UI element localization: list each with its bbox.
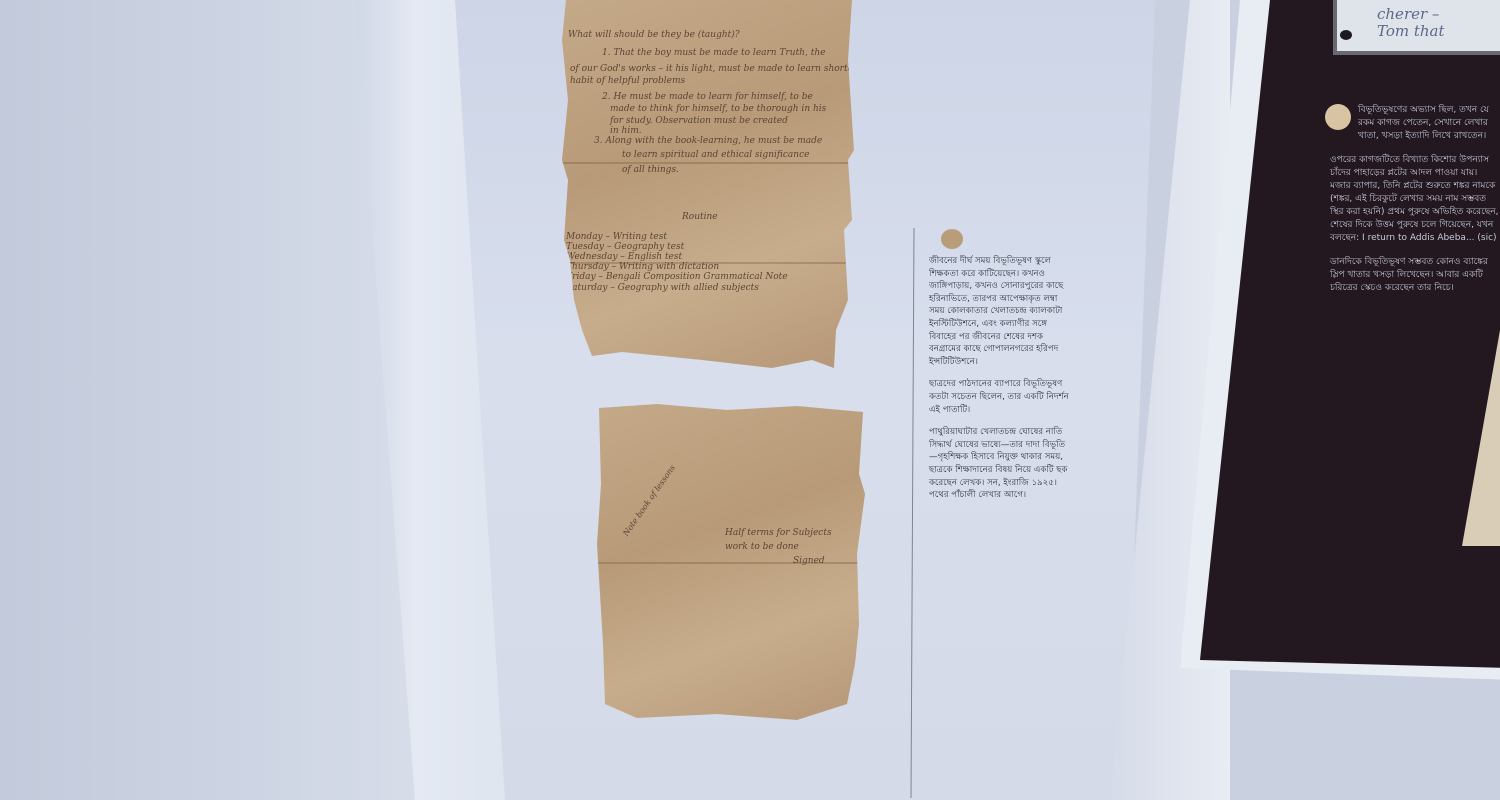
- manuscript-line: Half terms for Subjects: [725, 528, 832, 538]
- routine-row: Tuesday – Geography test: [566, 242, 684, 252]
- info-label: জীবনের দীর্ঘ সময় বিভূতিভূষণ স্কুলে শিক্…: [929, 255, 1069, 512]
- manuscript-line: made to think for himself, to be thoroug…: [610, 104, 826, 114]
- label-paragraph: ছাত্রদের পাঠদানের ব্যাপারে বিভূতিভূষণ কত…: [929, 378, 1069, 416]
- label-paragraph: পাথুরিয়াঘাটার খেলাতচন্দ্র ঘোষের নাতি সি…: [929, 426, 1069, 502]
- label-paragraph: জীবনের দীর্ঘ সময় বিভূতিভূষণ স্কুলে শিক্…: [929, 255, 1069, 368]
- margin-note: Note book of lessons: [621, 463, 677, 537]
- pin-icon: [1340, 30, 1352, 40]
- plaque-line: cherer –: [1377, 6, 1445, 23]
- routine-row: Wednesday – English test: [566, 252, 682, 262]
- plaque-line: Tom that: [1377, 23, 1445, 40]
- routine-row: Monday – Writing test: [566, 232, 667, 242]
- manuscript-page-top: What will should be they be (taught)? 1.…: [562, 0, 854, 368]
- board-paragraph: ওপরের কাগজটিতে বিখ্যাত কিশোর উপন্যাস চাঁ…: [1330, 154, 1500, 245]
- manuscript-line: of our God's works – it his light, must …: [570, 64, 857, 74]
- manuscript-line: 1. That the boy must be made to learn Tr…: [602, 48, 825, 58]
- routine-title: Routine: [682, 212, 718, 222]
- manuscript-line: to learn spiritual and ethical significa…: [622, 150, 809, 160]
- manuscript-line: in him.: [610, 126, 642, 136]
- board-paragraph: ডানদিকে বিভূতিভূষণ সম্ভবত কোনও ব্যাঙ্কের…: [1330, 256, 1500, 295]
- manuscript-line: work to be done: [725, 542, 799, 552]
- signature: Signed: [793, 556, 825, 566]
- fold-line: [562, 162, 854, 164]
- routine-row: Thursday – Writing with dictation: [566, 262, 719, 272]
- manuscript-line: for study. Observation must be created: [610, 116, 788, 126]
- manuscript-line: habit of helpful problems: [570, 76, 685, 86]
- routine-row: Friday – Bengali Composition Grammatical…: [566, 272, 788, 282]
- manuscript-heading: What will should be they be (taught)?: [568, 30, 740, 40]
- bullet-dot-icon: [941, 229, 963, 249]
- left-wall: [0, 0, 420, 800]
- manuscript-page-bottom: Note book of lessons Half terms for Subj…: [597, 404, 865, 720]
- board-text-block: বিভূতিভূষণের অভ্যাস ছিল, তখন যে রকম কাগজ…: [1330, 104, 1500, 306]
- manuscript-line: of all things.: [622, 165, 679, 175]
- routine-row: Saturday – Geography with allied subject…: [566, 283, 759, 293]
- manuscript-line: 3. Along with the book-learning, he must…: [594, 136, 822, 146]
- handwritten-note-photo: cherer – Tom that: [1333, 0, 1500, 55]
- board-paragraph: বিভূতিভূষণের অভ্যাস ছিল, তখন যে রকম কাগজ…: [1358, 104, 1500, 143]
- manuscript-line: 2. He must be made to learn for himself,…: [602, 92, 813, 102]
